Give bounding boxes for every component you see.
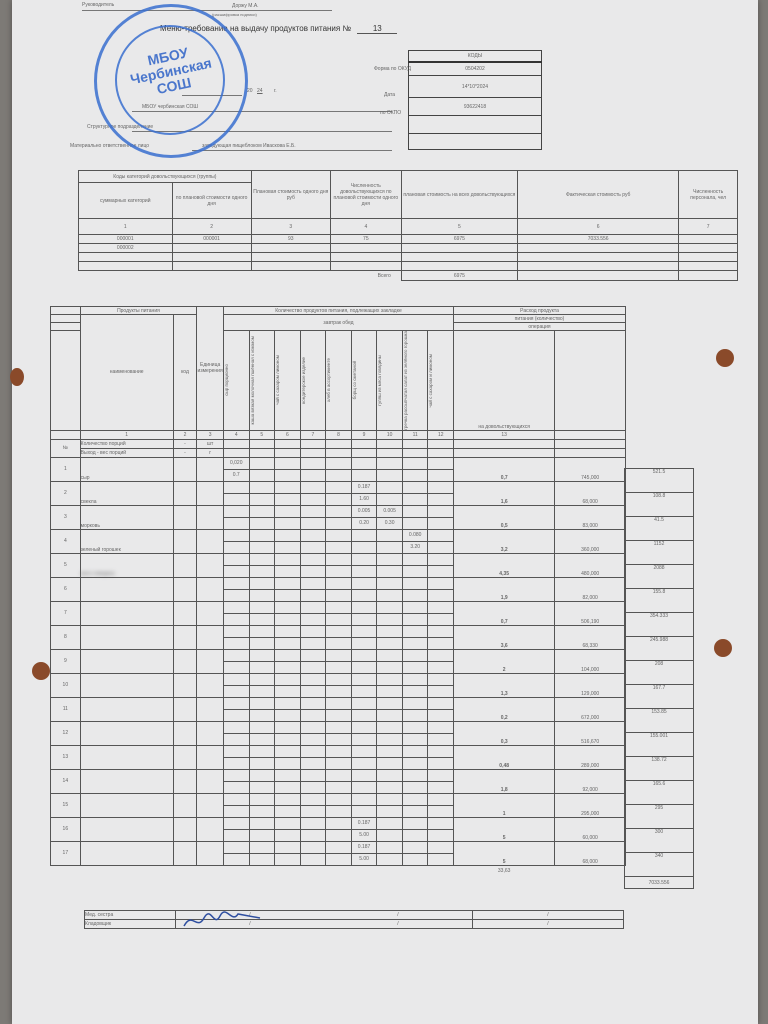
summary-cell (517, 262, 678, 271)
quantity-cell: 3.20 (402, 541, 428, 553)
quantity-cell (249, 541, 275, 553)
quantity-cell (428, 637, 454, 649)
quantity-cell (377, 661, 403, 673)
col-num: 11 (402, 430, 428, 439)
col-num: 4 (330, 219, 401, 235)
quantity-cell (275, 745, 301, 757)
quantity-cell (377, 745, 403, 757)
quantity-cell (300, 649, 326, 661)
quantity-cell (249, 625, 275, 637)
quantity-cell (326, 529, 352, 541)
quantity-cell (326, 589, 352, 601)
quantity-cell (377, 541, 403, 553)
quantity-cell (351, 673, 377, 685)
summary-cell (679, 244, 738, 253)
quantity-cell (351, 745, 377, 757)
quantity-cell (223, 697, 249, 709)
summary-cell: 000001 (79, 235, 173, 244)
row-number: 2 (51, 481, 81, 505)
quantity-cell (402, 841, 428, 853)
quantity-cell (326, 481, 352, 493)
quantity-cell (351, 577, 377, 589)
summary-cell (679, 262, 738, 271)
row-number: 12 (51, 721, 81, 745)
quantity-cell: 0.005 (377, 505, 403, 517)
summary-table: Коды категорий довольствующихся (группы)… (78, 170, 738, 281)
quantity-cell (300, 553, 326, 565)
quantity-cell (300, 577, 326, 589)
quantity-cell (428, 541, 454, 553)
quantity-cell (249, 589, 275, 601)
quantity-cell (428, 853, 454, 865)
quantity-cell (300, 625, 326, 637)
quantity-cell (275, 853, 301, 865)
quantity-cell (275, 517, 301, 529)
quantity-cell (275, 757, 301, 769)
row-number: 8 (51, 625, 81, 649)
quantity-cell (326, 709, 352, 721)
quantity-cell (428, 613, 454, 625)
signature-mark (182, 906, 262, 936)
quantity-cell (428, 589, 454, 601)
line-sum: 340 (625, 853, 694, 877)
quantity-cell (402, 769, 428, 781)
summary-c3-header: Плановая стоимость одного дня руб (251, 171, 330, 219)
quantity-cell (326, 625, 352, 637)
quantity-cell (275, 565, 301, 577)
unit-price: 745,000 (555, 457, 626, 481)
expense-quantity: 3,6 (454, 625, 555, 649)
quantity-cell (428, 709, 454, 721)
quantity-cell (428, 505, 454, 517)
line-sum: 354.333 (625, 613, 694, 637)
quantity-cell (326, 469, 352, 481)
quantity-cell (249, 685, 275, 697)
quantity-cell (223, 793, 249, 805)
quantity-cell (300, 697, 326, 709)
quantity-cell: 0.005 (351, 505, 377, 517)
quantity-cell (300, 829, 326, 841)
quantity-cell (428, 697, 454, 709)
quantity-cell (428, 685, 454, 697)
summary-row: 000001000001937569757033.556 (79, 235, 738, 244)
summary-cell (172, 262, 251, 271)
quantity-cell (326, 541, 352, 553)
line-sum: 108.8 (625, 493, 694, 517)
quantity-cell (377, 469, 403, 481)
quantity-cell (223, 553, 249, 565)
quantity-cell (428, 553, 454, 565)
quantity-cell (402, 661, 428, 673)
line-sum: 155.001 (625, 733, 694, 757)
quantity-cell (223, 577, 249, 589)
dish-header: гуляш из мяса говядины (377, 355, 382, 406)
expense-quantity: 4,35 (454, 553, 555, 577)
quantity-cell (300, 781, 326, 793)
okpo-label: по ОКПО (380, 110, 401, 116)
quantity-cell (402, 469, 428, 481)
quantity-cell (402, 829, 428, 841)
expense-quantity: 5 (454, 817, 555, 841)
quantity-cell (223, 829, 249, 841)
quantity-cell (326, 661, 352, 673)
quantity-cell (377, 829, 403, 841)
quantity-cell (300, 457, 326, 469)
quantity-cell (249, 505, 275, 517)
unit-price: 60,000 (555, 817, 626, 841)
quantity-cell (275, 709, 301, 721)
quantity-cell (223, 505, 249, 517)
quantity-cell (402, 721, 428, 733)
dish-header: гречка рассыпчатая салат из зелёного гор… (403, 331, 408, 430)
quantity-cell (223, 517, 249, 529)
quantity-cell (249, 673, 275, 685)
quantity-cell (300, 613, 326, 625)
quantity-cell (275, 793, 301, 805)
unit-price: 68,000 (555, 841, 626, 865)
product-name (80, 601, 173, 625)
quantity-cell (300, 661, 326, 673)
quantity-cell (428, 721, 454, 733)
quantity-cell (223, 625, 249, 637)
quantity-cell (249, 733, 275, 745)
quantity-cell (402, 565, 428, 577)
quantity-cell (223, 781, 249, 793)
quantity-cell (275, 673, 301, 685)
quantity-cell (377, 529, 403, 541)
quantity-cell (428, 841, 454, 853)
unit-price: 104,000 (555, 649, 626, 673)
quantity-cell (300, 565, 326, 577)
unit-price: 92,000 (555, 769, 626, 793)
expense-quantity: 1 (454, 793, 555, 817)
expense-quantity: 1,9 (454, 577, 555, 601)
quantity-cell (377, 769, 403, 781)
quantity-cell (249, 469, 275, 481)
summary-row (79, 262, 738, 271)
table-row: 130,48289,000 (51, 745, 626, 757)
quantity-cell (275, 505, 301, 517)
quantity-cell (275, 553, 301, 565)
signature-table: Мед. сестра / / / Кладовщик / / / (84, 910, 624, 929)
punch-hole (32, 662, 50, 680)
row-number: 1 (51, 457, 81, 481)
quantity-cell (377, 589, 403, 601)
okud-label: Форма по ОКУД (374, 66, 411, 72)
quantity-cell (428, 493, 454, 505)
summary-cell (679, 253, 738, 262)
quantity-cell (428, 817, 454, 829)
quantity-cell (402, 637, 428, 649)
quantity-cell (351, 457, 377, 469)
quantity-cell (249, 781, 275, 793)
quantity-cell (377, 757, 403, 769)
row-number: 14 (51, 769, 81, 793)
dish-header: сыр порционно (224, 364, 229, 396)
col-num: 1 (79, 219, 173, 235)
quantity-cell (377, 697, 403, 709)
quantity-cell (275, 601, 301, 613)
quantity-cell (300, 817, 326, 829)
quantity-cell: 0.7 (223, 469, 249, 481)
quantity-cell (275, 529, 301, 541)
quantity-cell (377, 577, 403, 589)
quantity-cell (223, 709, 249, 721)
summary-cell: 93 (251, 235, 330, 244)
summary-cell (401, 244, 517, 253)
quantity-cell (326, 493, 352, 505)
year: 24 (257, 88, 263, 94)
quantity-cell (300, 637, 326, 649)
yield-unit: г (197, 448, 224, 457)
summary-c5-header: плановая стоимость на всех довольствующи… (401, 171, 517, 219)
quantity-cell: 0.20 (351, 517, 377, 529)
table-row: 170.187568,000 (51, 841, 626, 853)
quantity-cell (275, 829, 301, 841)
expense-quantity: 0,7 (454, 601, 555, 625)
line-sum: 41.5 (625, 517, 694, 541)
quantity-cell (377, 553, 403, 565)
summary-cell (517, 244, 678, 253)
quantity-cell (300, 517, 326, 529)
yield-label: Выход - вес порций (80, 448, 173, 457)
quantity-cell (300, 805, 326, 817)
quantity-cell (326, 805, 352, 817)
table-row: 2свекла0.1871,668,000 (51, 481, 626, 493)
quantity-cell (326, 553, 352, 565)
quantity-cell (326, 649, 352, 661)
unit-price: 360,000 (555, 529, 626, 553)
nurse-label: Мед. сестра (85, 911, 176, 920)
summary-cell (330, 244, 401, 253)
quantity-cell (326, 781, 352, 793)
line-sum: 153.85 (625, 709, 694, 733)
quantity-cell (428, 661, 454, 673)
summary-cell (251, 253, 330, 262)
quantity-cell (223, 805, 249, 817)
quantity-cell (223, 649, 249, 661)
quantity-cell (300, 721, 326, 733)
quantity-cell (300, 529, 326, 541)
quantity-cell (402, 601, 428, 613)
quantity-cell (428, 601, 454, 613)
expense-quantity: 0,2 (454, 697, 555, 721)
codes-box: КОДЫ 0504202 14*10*2024 93622418 (408, 50, 542, 150)
quantity-cell (428, 481, 454, 493)
expense-sub3: на довольствующихся (454, 331, 555, 431)
quantity-cell (249, 709, 275, 721)
quantity-cell (300, 493, 326, 505)
row-number: 11 (51, 697, 81, 721)
row-number: 7 (51, 601, 81, 625)
quantity-cell (351, 649, 377, 661)
quantity-cell (326, 733, 352, 745)
quantity-cell (428, 649, 454, 661)
col-num: 3 (251, 219, 330, 235)
quantity-cell (377, 817, 403, 829)
quantity-cell (351, 697, 377, 709)
summary-cell (172, 253, 251, 262)
quantity-cell (402, 853, 428, 865)
quantity-cell (402, 649, 428, 661)
quantity-cell (428, 769, 454, 781)
quantity-cell (300, 709, 326, 721)
quantity-cell (249, 817, 275, 829)
approver-name: Доржу М.А. (232, 3, 259, 9)
quantity-cell (275, 541, 301, 553)
quantity-cell (351, 637, 377, 649)
product-name: свекла (80, 481, 173, 505)
quantity-cell (249, 553, 275, 565)
product-name (80, 769, 173, 793)
quantity-cell (275, 589, 301, 601)
quantity-cell (377, 781, 403, 793)
expense-quantity: 3,2 (454, 529, 555, 553)
quantity-cell (275, 733, 301, 745)
unit-price: 516,670 (555, 721, 626, 745)
quantity-cell (300, 745, 326, 757)
quantity-cell (223, 769, 249, 781)
quantity-cell (249, 841, 275, 853)
quantity-cell (249, 697, 275, 709)
col-num: 6 (517, 219, 678, 235)
quantity-cell (326, 829, 352, 841)
quantity-cell (402, 733, 428, 745)
col-num: 3 (197, 430, 224, 439)
punch-hole (716, 349, 734, 367)
quantity-cell (377, 613, 403, 625)
summary-c7-header: Численность персонала, чел (679, 171, 738, 219)
quantity-cell (300, 673, 326, 685)
quantity-cell (377, 637, 403, 649)
products-table: Продукты питания Единица измерения Колич… (50, 306, 626, 877)
summary-cell: 75 (330, 235, 401, 244)
table-row: 120,3516,670 (51, 721, 626, 733)
quantity-cell (223, 541, 249, 553)
quantity-cell (223, 745, 249, 757)
quantity-cell (428, 781, 454, 793)
quantity-cell (275, 493, 301, 505)
row-num-header: № (51, 439, 81, 457)
unit-price: 480,000 (555, 553, 626, 577)
table-row: 83,668,330 (51, 625, 626, 637)
unit-price: 506,190 (555, 601, 626, 625)
quantity-cell (351, 721, 377, 733)
line-sum: 295 (625, 805, 694, 829)
summary-total-label: Всего (79, 271, 402, 281)
quantity-cell (428, 625, 454, 637)
dish-header: чай с сахаром лимоном (275, 355, 280, 405)
quantity-cell (351, 601, 377, 613)
line-sum: 167.7 (625, 685, 694, 709)
expense-quantity: 1,3 (454, 673, 555, 697)
quantity-cell (275, 649, 301, 661)
quantity-cell (223, 529, 249, 541)
quantity-cell (326, 613, 352, 625)
quantity-cell (351, 757, 377, 769)
quantity-cell (402, 685, 428, 697)
quantity-cell (300, 685, 326, 697)
portions-unit: шт (197, 439, 224, 448)
col-num: 5 (401, 219, 517, 235)
col-num: 6 (275, 430, 301, 439)
product-name (80, 793, 173, 817)
summary-cell (79, 253, 173, 262)
unit-price: 129,000 (555, 673, 626, 697)
year-suffix: г. (274, 88, 277, 94)
table-row: 92104,000 (51, 649, 626, 661)
col-num: 4 (223, 430, 249, 439)
quantity-cell (377, 493, 403, 505)
total-quantity: 33,63 (454, 865, 555, 877)
quantity-cell (402, 709, 428, 721)
unit-price: 672,000 (555, 697, 626, 721)
line-sum: 245.988 (625, 637, 694, 661)
quantity-cell (326, 457, 352, 469)
quantity-cell (300, 853, 326, 865)
quantity-cell (223, 601, 249, 613)
col-num: 1 (80, 430, 173, 439)
quantity-cell (402, 481, 428, 493)
product-name: мясо говядина (80, 553, 173, 577)
summary-c4-header: Численность довольствующихся по плановой… (330, 171, 401, 219)
quantity-cell (351, 793, 377, 805)
quantity-cell (300, 733, 326, 745)
quantity-cell (402, 457, 428, 469)
expense-quantity: 0,5 (454, 505, 555, 529)
summary-total: 6975 (401, 271, 517, 281)
quantity-cell (326, 745, 352, 757)
quantity-cell (249, 613, 275, 625)
col-num: 12 (428, 430, 454, 439)
quantity-cell (275, 625, 301, 637)
row-number: 13 (51, 745, 81, 769)
product-name (80, 721, 173, 745)
quantity-cell (326, 565, 352, 577)
col-num: 8 (326, 430, 352, 439)
quantity-cell (223, 685, 249, 697)
expense-quantity: 5 (454, 841, 555, 865)
quantity-cell (275, 469, 301, 481)
quantity-cell (249, 805, 275, 817)
quantity-cell (377, 841, 403, 853)
quantity-cell (223, 613, 249, 625)
summary-row (79, 253, 738, 262)
quantity-cell (326, 505, 352, 517)
quantity-cell (300, 757, 326, 769)
quantity-cell (351, 613, 377, 625)
quantity-cell (428, 457, 454, 469)
table-row: 61,982,000 (51, 577, 626, 589)
table-row: 151295,000 (51, 793, 626, 805)
expense-header: Расход продукта (454, 307, 626, 315)
line-sum: 208 (625, 661, 694, 685)
summary-cell (679, 235, 738, 244)
quantity-cell (326, 685, 352, 697)
summary-cell (401, 253, 517, 262)
quantity-cell (326, 757, 352, 769)
quantity-cell: 0.187 (351, 817, 377, 829)
dish-header: борщ со сметаной (352, 361, 357, 399)
quantity-cell (428, 529, 454, 541)
unit-price: 68,330 (555, 625, 626, 649)
table-row: 3морковь0.0050.0050,583,000 (51, 505, 626, 517)
quantity-header: Количество продуктов питания, подлежащих… (223, 307, 453, 315)
quantity-cell (402, 493, 428, 505)
quantity-cell (326, 577, 352, 589)
unit-price: 68,000 (555, 481, 626, 505)
quantity-cell (351, 769, 377, 781)
